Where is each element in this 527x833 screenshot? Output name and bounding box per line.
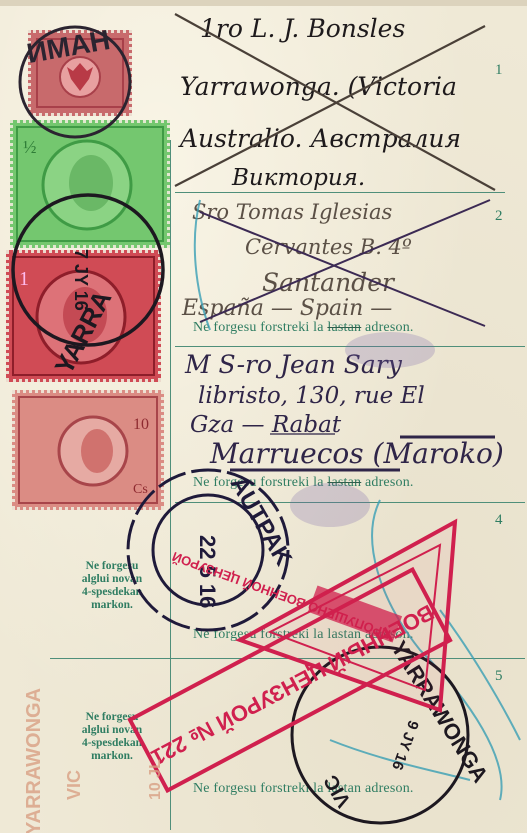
instruction-text: adreson. (361, 475, 413, 490)
side-note-line: alglui novan (62, 724, 162, 737)
address-1-line-1: 1ro L. J. Bonsles (200, 14, 405, 43)
svg-text:VIC: VIC (64, 770, 84, 800)
side-note-line: Ne forgesu (62, 560, 162, 573)
side-note-line: alglui novan (62, 573, 162, 586)
kings-head-icon: ½ (13, 123, 167, 245)
card-top-edge (0, 0, 527, 6)
instruction-line-4: Ne forgesu forstreki la lastan adreson. (193, 627, 414, 643)
address-2-line-2: Cervantes B. 4º (245, 235, 412, 259)
kings-head-icon: 1 (9, 253, 158, 379)
rule-4 (50, 658, 525, 659)
instruction-text: adreson. (361, 781, 413, 796)
side-note-line: 4-spesdekan (62, 586, 162, 599)
side-note-line: 4-spesdekan (62, 737, 162, 750)
instruction-line-5: Ne forgesu forstreki la lastan adreson. (193, 781, 414, 797)
postmark-yarrawonga-2-date: 9 JY 16 (388, 718, 422, 772)
instruction-struck-word: lastan (327, 627, 361, 642)
censor-rectangle: ВОЕННЫЙ ЦЕНЗУРОЙ № 221 (130, 570, 450, 791)
address-2-line-4: España — Spain — (182, 296, 392, 321)
stamp-russia (28, 30, 132, 116)
instruction-struck-word: lastan (327, 781, 361, 796)
censor-triangle: ПРОПУЩЕНО ВОЕННОЙ ЦЕНЗУРОЙ (170, 522, 455, 710)
side-note-line: markon. (62, 750, 162, 763)
instruction-text: adreson. (361, 627, 413, 642)
side-note-stamp-reminder-2: Ne forgesu alglui novan 4-spesdekan mark… (62, 711, 162, 763)
instruction-struck-word: lastan (327, 320, 361, 335)
denomination-text: 1 (19, 268, 29, 290)
section-number-5: 5 (495, 668, 503, 685)
address-2-line-3: Santander (262, 268, 394, 297)
instruction-line-2: Ne forgesu forstreki la lastan adreson. (193, 320, 414, 336)
section-number-1: 1 (495, 62, 503, 79)
address-1-line-3: Australio. Австралия (180, 124, 461, 153)
instruction-text: Ne forgesu forstreki la (193, 627, 327, 642)
address-3-line-4: Marruecos (Maroko) (210, 437, 504, 470)
svg-text:YARRAWONGA: YARRAWONGA (23, 688, 45, 833)
stamp-australia-halfpenny: ½ (10, 120, 170, 248)
address-3-line-3: Gza — Rabat (190, 412, 341, 438)
side-note-stamp-reminder-1: Ne forgesu alglui novan 4-spesdekan mark… (62, 560, 162, 612)
postmark-autpak-date: 22 5 16 (195, 535, 220, 608)
instruction-line-3: Ne forgesu forstreki la lastan adreson. (193, 475, 414, 491)
eagle-icon (31, 33, 129, 113)
denomination-text: ½ (23, 137, 37, 157)
address-1-line-2: Yarrawonga. (Victoria (180, 72, 457, 101)
instruction-text: Ne forgesu forstreki la (193, 781, 327, 796)
rule-1 (175, 192, 505, 193)
side-note-line: Ne forgesu (62, 711, 162, 724)
address-1-line-4: Виктория. (232, 165, 365, 191)
address-3-line-2: libristo, 130, rue El (198, 383, 425, 409)
column-divider (170, 140, 171, 830)
svg-text:ВОЕННЫЙ ЦЕНЗУРОЙ № 221: ВОЕННЫЙ ЦЕНЗУРОЙ № 221 (147, 600, 438, 771)
stamp-australia-one-penny: 1 (6, 250, 161, 382)
instruction-struck-word: lastan (327, 475, 361, 490)
rule-2 (175, 346, 525, 347)
address-3-line-1: M S-ro Jean Sary (185, 350, 402, 379)
postcard: 1 2 4 5 Ne forgesu forstreki la lastan a… (0, 0, 527, 833)
stamp-spain-10-centimos: 10 Cs (12, 390, 164, 510)
instruction-text: Ne forgesu forstreki la (193, 475, 327, 490)
side-note-line: markon. (62, 599, 162, 612)
rule-3 (175, 502, 525, 503)
section-number-2: 2 (495, 208, 503, 225)
king-portrait-icon: 10 Cs (15, 393, 161, 507)
address-2-line-1: Sro Tomas Iglesias (192, 200, 392, 224)
svg-text:Cs: Cs (133, 482, 148, 497)
svg-text:10 JL: 10 JL (147, 759, 164, 800)
instruction-text: Ne forgesu forstreki la (193, 320, 327, 335)
section-number-4: 4 (495, 512, 503, 529)
instruction-text: adreson. (361, 320, 413, 335)
denomination-text: 10 (133, 416, 149, 433)
